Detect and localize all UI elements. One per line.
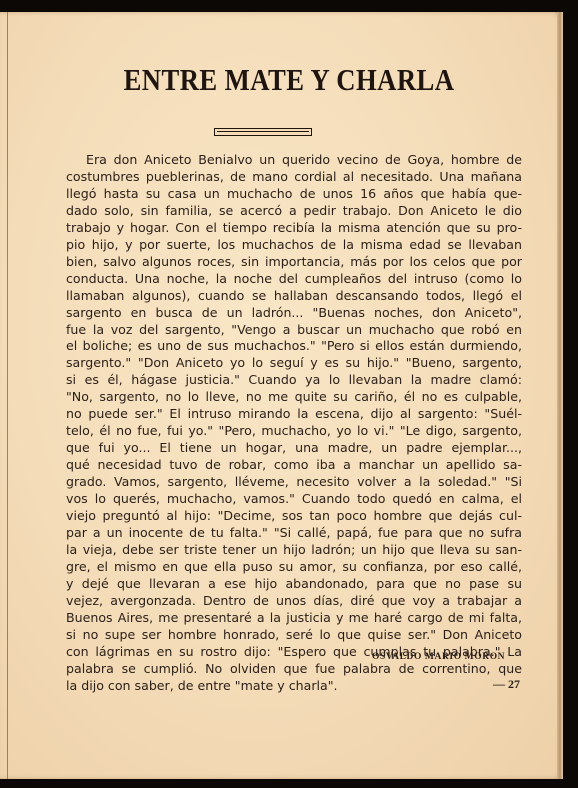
body-line: y dejé que llevaran a ese hijo abandonad…	[66, 576, 522, 593]
body-line: pio hijo, y por suerte, los muchachos de…	[66, 237, 522, 254]
body-line: "No, sargento, no lo lleve, no me quite …	[66, 389, 522, 406]
body-line: no puede ser." El intruso mirando la esc…	[66, 406, 522, 423]
body-line: si no supe ser hombre honrado, seré lo q…	[66, 627, 522, 644]
article-title: ENTRE MATE Y CHARLA	[40, 62, 537, 98]
body-line: viejo preguntó al hijo: "Decime, sos tan…	[66, 508, 522, 525]
body-line: que fui yo... El tiene un hogar, una mad…	[66, 440, 522, 457]
body-line: fue la voz del sargento, "Vengo a buscar…	[66, 322, 522, 339]
page-edge	[557, 12, 563, 779]
author-byline: OSVALDO MARIO MORON	[372, 652, 505, 662]
body-line: llamaban algunos), cuando se hallaban de…	[66, 288, 522, 305]
body-line: llegó hasta su casa un muchacho de unos …	[66, 186, 522, 203]
title-divider-rule	[214, 128, 312, 136]
body-line: Era don Aniceto Benialvo un querido veci…	[66, 152, 522, 169]
body-line: telo, él no fue, fui yo." "Pero, muchach…	[66, 423, 522, 440]
body-line: la vieja, debe ser triste tener un hijo …	[66, 542, 522, 559]
body-line: la dijo con saber, de entre "mate y char…	[66, 678, 522, 695]
body-line: gre, el mismo en que ella puso su amor, …	[66, 559, 522, 576]
body-line: grado. Vamos, sargento, lléveme, necesit…	[66, 474, 522, 491]
body-line: trabajo y hogar. Con el tiempo recibía l…	[66, 220, 522, 237]
body-line: si es él, hágase justicia." Cuando ya lo…	[66, 372, 522, 389]
body-line: costumbres pueblerinas, de mano cordial …	[66, 169, 522, 186]
body-line: vejez, avergonzada. Dentro de unos días,…	[66, 593, 522, 610]
article-body: Era don Aniceto Benialvo un querido veci…	[66, 152, 522, 695]
body-line: Buenos Aires, me presentaré a la justici…	[66, 610, 522, 627]
page-number: — 27	[493, 677, 520, 692]
body-line: conducta. Una noche, la noche del cumple…	[66, 271, 522, 288]
body-line: vos lo querés, muchacho, vamos." Cuando …	[66, 491, 522, 508]
body-line: el boliche; es uno de sus muchachos." "P…	[66, 338, 522, 355]
body-line: qué necesidad tuvo de robar, como iba a …	[66, 457, 522, 474]
body-line: sargento." "Don Aniceto yo lo seguí y es…	[66, 355, 522, 372]
body-line: sargento en busca de un ladrón... "Buena…	[66, 305, 522, 322]
binding-fold-line	[7, 12, 8, 779]
body-line: dado solo, sin familia, se acercó a pedi…	[66, 203, 522, 220]
body-line: par a un inocente de tu falta." "Si call…	[66, 525, 522, 542]
body-line: palabra se cumplió. No olviden que fue p…	[66, 661, 522, 678]
body-line: bien, salvo algunos roces, sin importanc…	[66, 254, 522, 271]
